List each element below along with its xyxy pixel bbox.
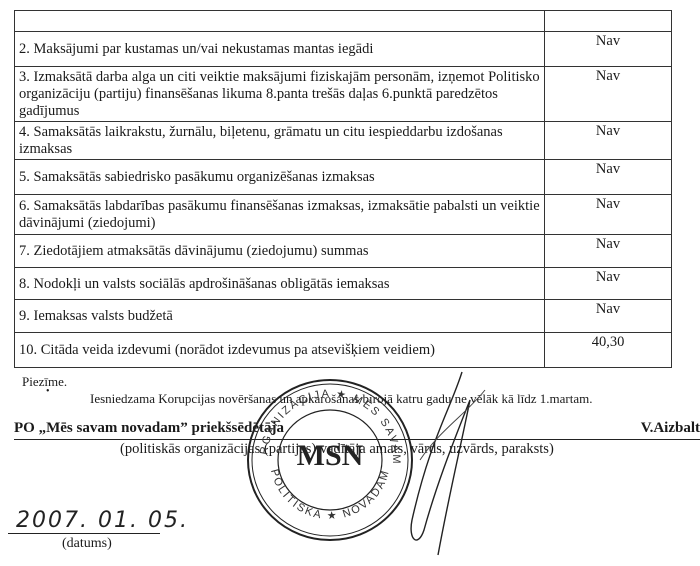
- date-caption: (datums): [62, 536, 112, 552]
- stamp-center-text: MSN: [297, 439, 364, 472]
- row-value: 40,30: [545, 333, 672, 368]
- stamp-text-bottom: POLITISKĀ ★ NOVADAM: [268, 468, 392, 523]
- row-value: Nav: [545, 300, 672, 333]
- row-value: Nav: [545, 268, 672, 300]
- table-row: 7. Ziedotājiem atmaksātās dāvinājumu (zi…: [15, 235, 672, 268]
- bullet-icon: •: [46, 386, 50, 397]
- row-description: 5. Samaksātās sabiedrisko pasākumu organ…: [15, 160, 545, 195]
- row-description: 4. Samaksātās laikrakstu, žurnālu, biļet…: [15, 122, 545, 160]
- row-description: 2. Maksājumi par kustamas un/vai nekusta…: [15, 32, 545, 67]
- row-description: 10. Citāda veida izdevumi (norādot izdev…: [15, 333, 545, 368]
- row-value: Nav: [545, 235, 672, 268]
- svg-text:POLITISKĀ ★ NOVADAM: POLITISKĀ ★ NOVADAM: [268, 468, 392, 523]
- row-value: Nav: [545, 122, 672, 160]
- row-description: 8. Nodokļi un valsts sociālās apdrošināš…: [15, 268, 545, 300]
- row-description: 9. Iemaksas valsts budžetā: [15, 300, 545, 333]
- row-value: Nav: [545, 160, 672, 195]
- table-row: 6. Samaksātās labdarības pasākumu finans…: [15, 195, 672, 235]
- table-row: [15, 11, 672, 32]
- row-value: Nav: [545, 67, 672, 122]
- table-row: 5. Samaksātās sabiedrisko pasākumu organ…: [15, 160, 672, 195]
- row-description: 6. Samaksātās labdarības pasākumu finans…: [15, 195, 545, 235]
- handwritten-signature-icon: [390, 370, 510, 560]
- row-value: Nav: [545, 195, 672, 235]
- row-description: 3. Izmaksātā darba alga un citi veiktie …: [15, 67, 545, 122]
- row-value: Nav: [545, 32, 672, 67]
- signatory-name: V.Aizbalt: [641, 420, 700, 437]
- signatory-title: PO „Mēs savam novadam” priekšsēdētāja: [14, 420, 284, 437]
- date-value: 2007. 01. 05.: [16, 508, 189, 533]
- note-label: Piezīme.: [22, 374, 67, 390]
- row-description: [15, 11, 545, 32]
- row-value: [545, 11, 672, 32]
- expenses-table: 2. Maksājumi par kustamas un/vai nekusta…: [14, 10, 672, 368]
- table-row: 10. Citāda veida izdevumi (norādot izdev…: [15, 333, 672, 368]
- table-row: 9. Iemaksas valsts budžetāNav: [15, 300, 672, 333]
- table-row: 3. Izmaksātā darba alga un citi veiktie …: [15, 67, 672, 122]
- table-row: 4. Samaksātās laikrakstu, žurnālu, biļet…: [15, 122, 672, 160]
- table-row: 2. Maksājumi par kustamas un/vai nekusta…: [15, 32, 672, 67]
- table-row: 8. Nodokļi un valsts sociālās apdrošināš…: [15, 268, 672, 300]
- row-description: 7. Ziedotājiem atmaksātās dāvinājumu (zi…: [15, 235, 545, 268]
- date-line: [8, 533, 160, 534]
